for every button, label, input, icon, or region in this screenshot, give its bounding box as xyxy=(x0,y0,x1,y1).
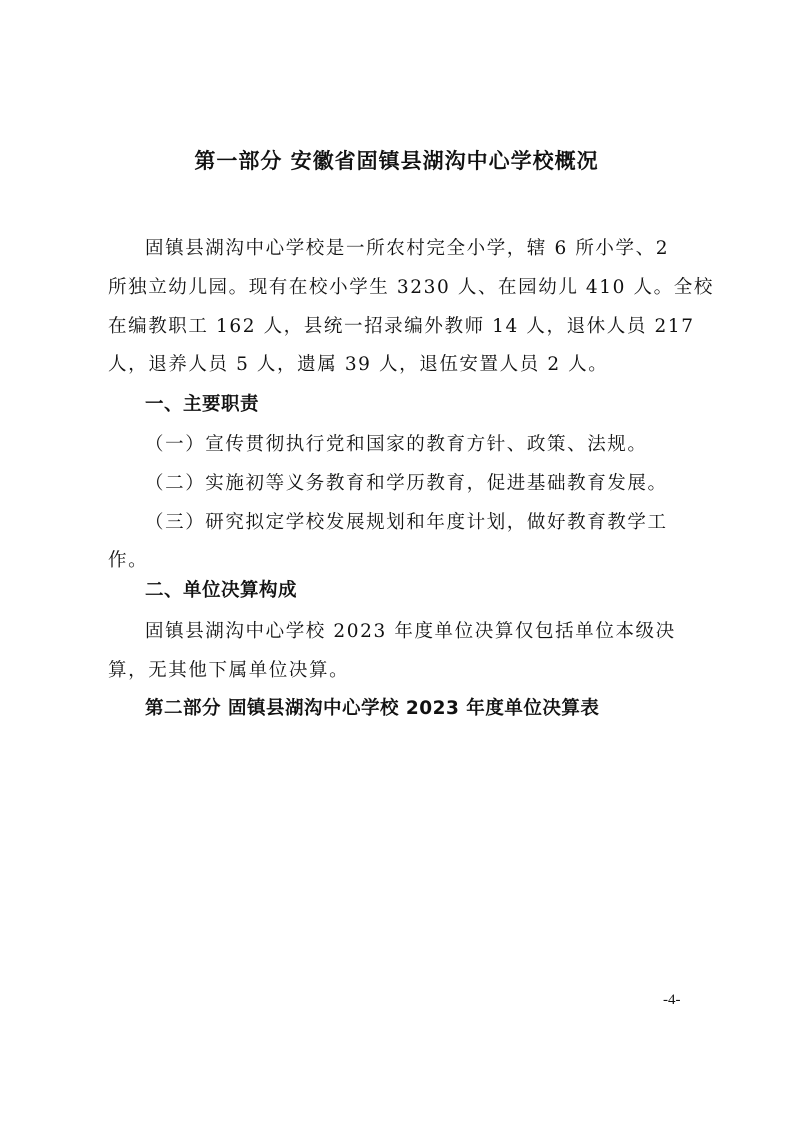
composition-line-2: 算，无其他下属单位决算。 xyxy=(108,656,349,682)
duty-3: （三）研究拟定学校发展规划和年度计划，做好教育教学工 xyxy=(145,508,668,534)
intro-line-2: 所独立幼儿园。现有在校小学生 3230 人、在园幼儿 410 人。全校 xyxy=(108,273,714,299)
intro-line-1: 固镇县湖沟中心学校是一所农村完全小学，辖 6 所小学、2 xyxy=(145,234,669,260)
page-number: -4- xyxy=(663,992,681,1009)
section1-heading: 一、主要职责 xyxy=(145,390,259,416)
part2-title: 第二部分 固镇县湖沟中心学校 2023 年度单位决算表 xyxy=(145,694,599,720)
composition-line-1: 固镇县湖沟中心学校 2023 年度单位决算仅包括单位本级决 xyxy=(145,617,676,643)
duty-2: （二）实施初等义务教育和学历教育，促进基础教育发展。 xyxy=(145,469,668,495)
intro-line-4: 人，退养人员 5 人，遗属 39 人，退伍安置人员 2 人。 xyxy=(108,350,608,376)
intro-line-3: 在编教职工 162 人，县统一招录编外教师 14 人，退休人员 217 xyxy=(108,312,695,338)
part1-title: 第一部分 安徽省固镇县湖沟中心学校概况 xyxy=(0,145,793,175)
duty-3-cont: 作。 xyxy=(108,546,148,572)
duty-1: （一）宣传贯彻执行党和国家的教育方针、政策、法规。 xyxy=(145,430,648,456)
section2-heading: 二、单位决算构成 xyxy=(145,576,297,602)
